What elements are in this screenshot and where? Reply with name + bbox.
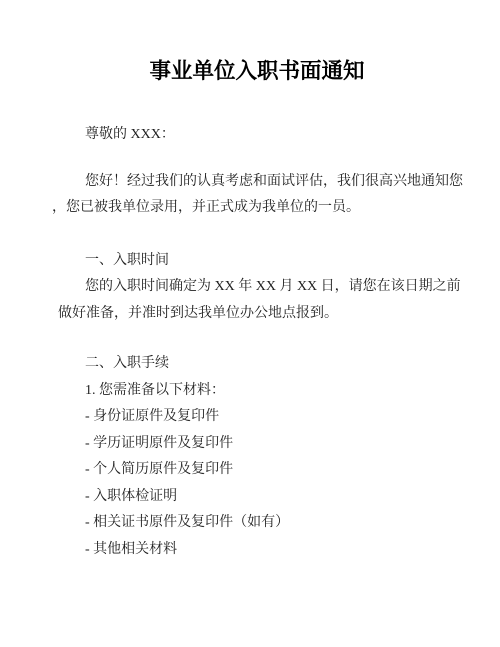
material-item-other: - 其他相关材料	[58, 537, 456, 564]
intro-paragraph: 您好！经过我们的认真考虑和面试评估，我们很高兴地通知您 ，您已被我单位录用，并正…	[58, 169, 456, 222]
salutation: 尊敬的 XXX：	[58, 122, 456, 149]
intro-line-2: ，您已被我单位录用，并正式成为我单位的一员。	[52, 195, 456, 222]
section-1-paragraph: 您的入职时间确定为 XX 年 XX 月 XX 日，请您在该日期之前 做好准备，并…	[58, 274, 456, 327]
material-item-resume: - 个人简历原件及复印件	[58, 457, 456, 484]
materials-list-intro: 1. 您需准备以下材料：	[58, 378, 456, 405]
section-2-heading: 二、入职手续	[58, 351, 456, 378]
section-onboarding-procedure: 二、入职手续 1. 您需准备以下材料： - 身份证原件及复印件 - 学历证明原件…	[58, 351, 456, 563]
section-onboarding-time: 一、入职时间 您的入职时间确定为 XX 年 XX 月 XX 日，请您在该日期之前…	[58, 248, 456, 328]
document-title: 事业单位入职书面通知	[58, 57, 456, 85]
document-page: 事业单位入职书面通知 尊敬的 XXX： 您好！经过我们的认真考虑和面试评估，我们…	[0, 0, 500, 647]
section-1-line-2: 做好准备，并准时到达我单位办公地点报到。	[58, 301, 456, 328]
material-item-health-check: - 入职体检证明	[58, 484, 456, 511]
section-1-line-1: 您的入职时间确定为 XX 年 XX 月 XX 日，请您在该日期之前	[58, 274, 456, 301]
intro-line-1: 您好！经过我们的认真考虑和面试评估，我们很高兴地通知您	[58, 169, 456, 196]
material-item-education-cert: - 学历证明原件及复印件	[58, 431, 456, 458]
material-item-id-card: - 身份证原件及复印件	[58, 404, 456, 431]
section-1-heading: 一、入职时间	[58, 248, 456, 275]
material-item-related-certs: - 相关证书原件及复印件（如有）	[58, 510, 456, 537]
